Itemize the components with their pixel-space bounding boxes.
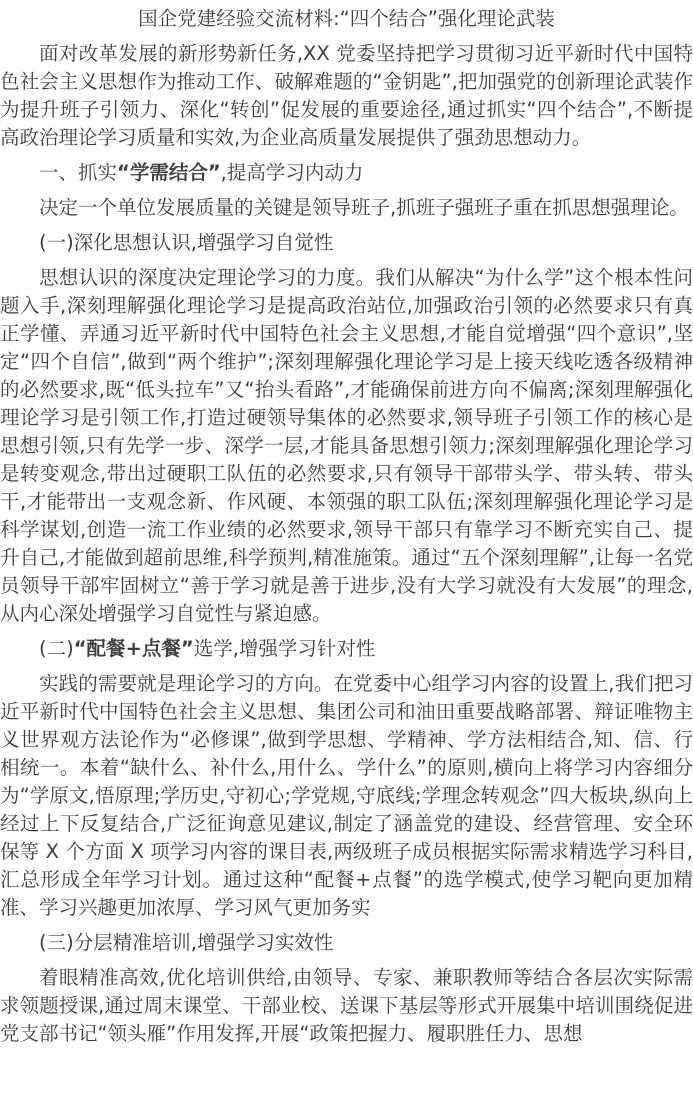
section-1-heading-emphasis: “学需结合” (117, 161, 221, 184)
subsection-2-heading-post: 选学,增强学习针对性 (194, 637, 376, 660)
subsection-2-paragraph: 实践的需要就是理论学习的方向。在党委中心组学习内容的设置上,我们把习近平新时代中… (0, 670, 693, 922)
subsection-2-heading-emphasis: “配餐+点餐” (74, 637, 194, 660)
intro-paragraph: 面对改革发展的新形势新任务,XX 党委坚持把学习贯彻习近平新时代中国特色社会主义… (0, 40, 693, 152)
document-page: 国企党建经验交流材料:“四个结合”强化理论武装 面对改革发展的新形势新任务,XX… (0, 0, 693, 1097)
subsection-2-heading: (二)“配餐+点餐”选学,增强学习针对性 (0, 635, 693, 663)
subsection-2-heading-pre: (二) (39, 637, 74, 660)
subsection-3-paragraph: 着眼精准高效,优化培训供给,由领导、专家、兼职教师等结合各层次实际需求领题授课,… (0, 964, 693, 1048)
subsection-1-heading: (一)深化思想认识,增强学习自觉性 (0, 229, 693, 257)
section-1-heading-post: ,提高学习内动力 (221, 161, 364, 184)
section-1-heading-pre: 一、抓实 (39, 161, 117, 184)
section-1-lead-paragraph: 决定一个单位发展质量的关键是领导班子,抓班子强班子重在抓思想强理论。 (0, 194, 693, 222)
document-title: 国企党建经验交流材料:“四个结合”强化理论武装 (0, 5, 693, 33)
subsection-1-paragraph: 思想认识的深度决定理论学习的力度。我们从解决“为什么学”这个根本性问题入手,深刻… (0, 264, 693, 628)
subsection-3-heading: (三)分层精准培训,增强学习实效性 (0, 929, 693, 957)
section-1-heading: 一、抓实“学需结合”,提高学习内动力 (0, 159, 693, 187)
